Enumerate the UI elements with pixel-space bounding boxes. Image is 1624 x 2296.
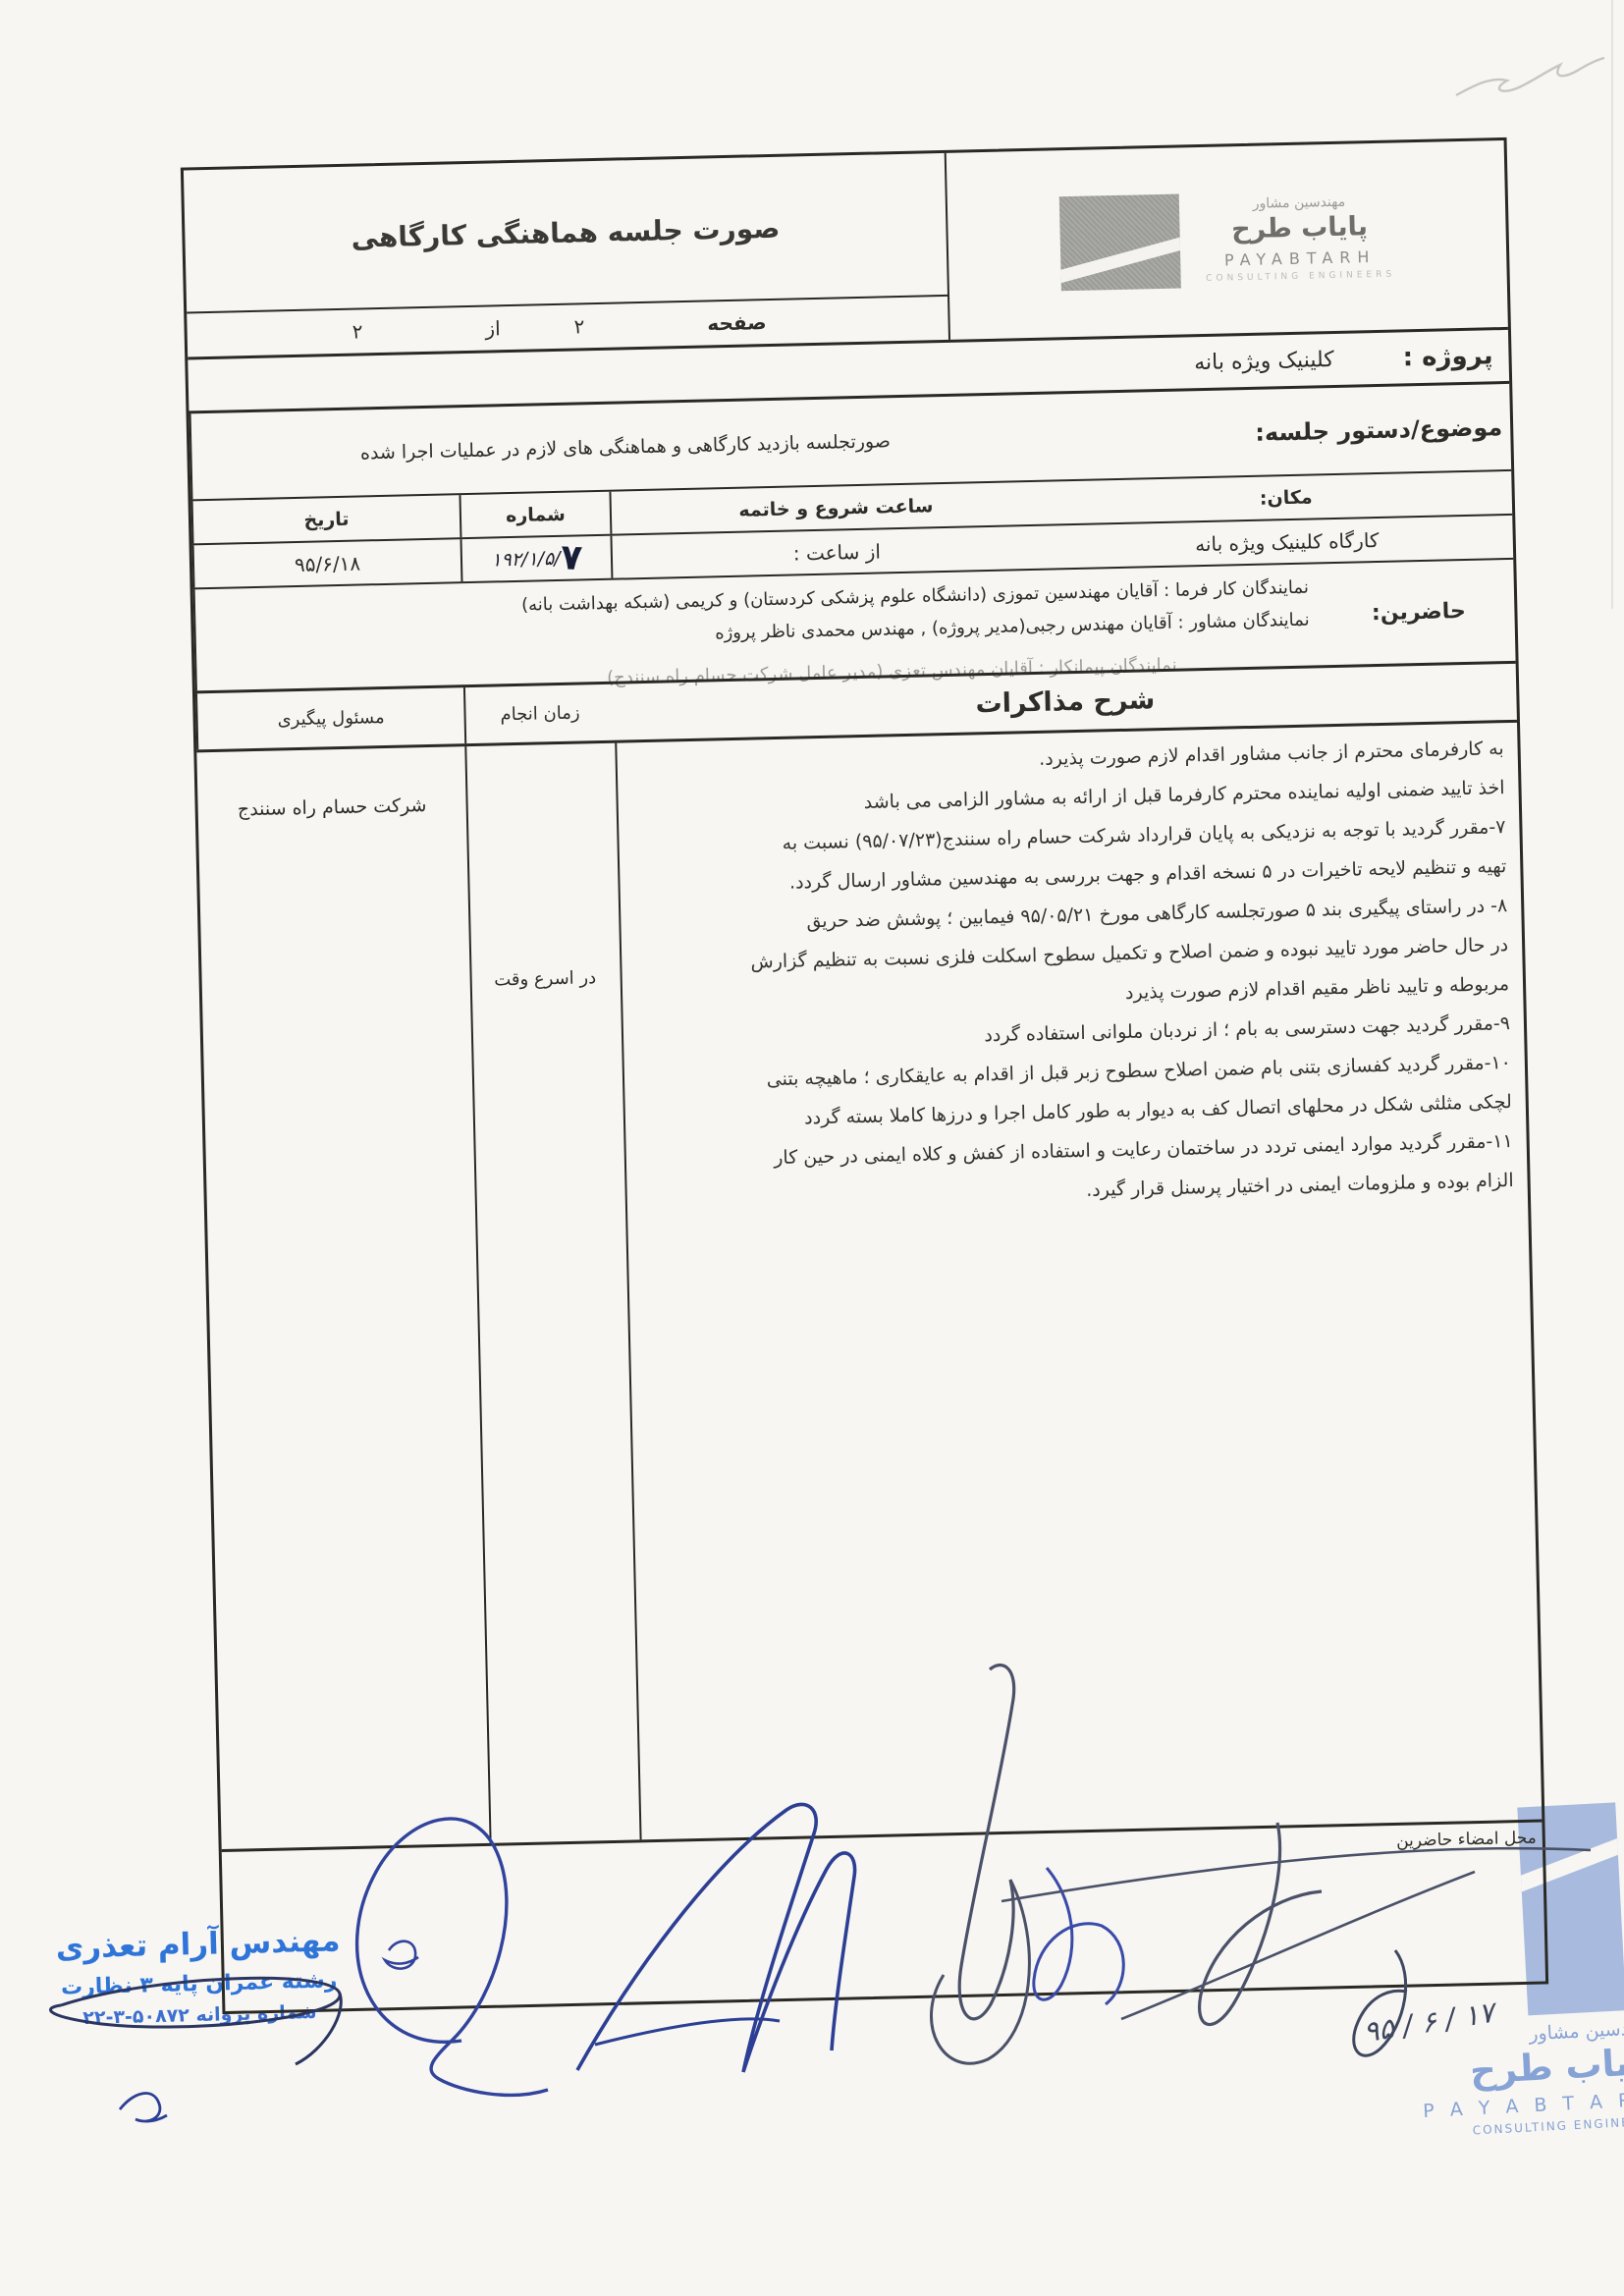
signature-stroke	[120, 2094, 167, 2122]
payabtarh-logo-icon	[1058, 194, 1180, 292]
header-logo-cell: مهندسین مشاور پایاب طرح PAYABTARH CONSUL…	[947, 140, 1508, 340]
number-label: شماره	[459, 492, 610, 537]
paper-edge-line	[1611, 0, 1613, 609]
number-value-written: ۱۹۲/۱/۵/	[491, 547, 561, 571]
page-total: ۲	[352, 319, 362, 343]
minutes-responsible-col-header: مسئول پیگیری	[195, 687, 464, 749]
project-value: کلینیک ویژه بانه	[1194, 347, 1334, 374]
meeting-minutes-form: مهندسین مشاور پایاب طرح PAYABTARH CONSUL…	[181, 137, 1548, 2014]
page-number: ۲	[573, 314, 584, 338]
header-logo-tagline: مهندسین مشاور	[1204, 193, 1393, 213]
date-label: تاریخ	[191, 495, 460, 543]
column-divider	[464, 746, 491, 1843]
minutes-time-col-header: زمان انجام	[463, 684, 615, 743]
minutes-body: به کارفرمای محترم از جانب مشاور اقدام لا…	[196, 720, 1542, 1849]
header-logo-name-fa: پایاب طرح	[1205, 211, 1395, 246]
completion-time-value: در اسرع وقت	[469, 967, 620, 991]
page-label: صفحه	[707, 310, 767, 335]
minutes-text: به کارفرمای محترم از جانب مشاور اقدام لا…	[615, 729, 1528, 1221]
number-value-handwritten-digit: ۷	[560, 540, 583, 576]
subject-label: موضوع/دستور جلسه:	[1057, 384, 1511, 479]
signature-strip: محل امضاء حاضرین	[222, 1820, 1545, 2011]
header-logo-name-en: PAYABTARH	[1206, 247, 1395, 270]
header-title-cell: صورت جلسه هماهنگی کارگاهی صفحه ۲ از ۲	[184, 153, 950, 357]
number-value: ۱۹۲/۱/۵/ ۷	[460, 536, 612, 581]
scanned-document-page: مهندس آرام تعذری رشته عمران پایه ۳ نظارت…	[0, 0, 1624, 2296]
engineer-stamp-license-number: ۲۲-۳-۵۰۸۷۲	[82, 2004, 189, 2029]
signature-area-label: محل امضاء حاضرین	[1396, 1829, 1537, 1851]
date-value: ۹۵/۶/۱۸	[192, 539, 461, 587]
document-title: صورت جلسه هماهنگی کارگاهی	[184, 153, 947, 312]
project-label: پروژه :	[1402, 341, 1493, 372]
page-of-label: از	[485, 316, 501, 340]
header-logo-text: مهندسین مشاور پایاب طرح PAYABTARH CONSUL…	[1204, 193, 1395, 284]
form-header: مهندسین مشاور پایاب طرح PAYABTARH CONSUL…	[184, 140, 1508, 356]
responsible-party-value: شرکت حسام راه سنندج	[197, 793, 465, 821]
signature-stroke	[595, 2019, 780, 2045]
attendees-label: حاضرین:	[1322, 560, 1515, 665]
pencil-note	[1456, 58, 1604, 95]
header-logo-subtitle-en: CONSULTING ENGINEERS	[1206, 270, 1395, 284]
